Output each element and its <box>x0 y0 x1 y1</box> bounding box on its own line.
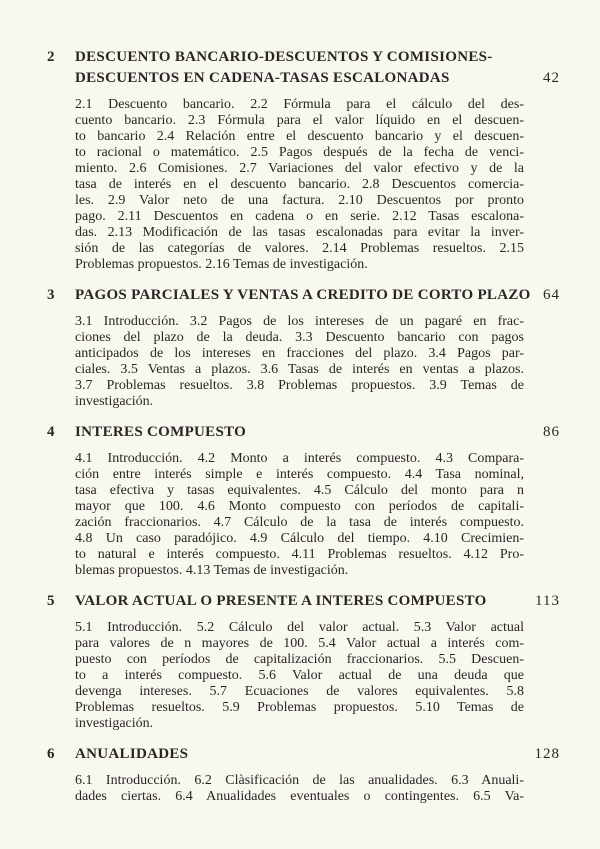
toc-page: 2 DESCUENTO BANCARIO-DESCUENTOS Y COMISI… <box>0 0 600 849</box>
chapter-number: 3 <box>47 285 75 306</box>
toc-section-5: 5 VALOR ACTUAL O PRESENTE A INTERES COMP… <box>47 591 560 732</box>
toc-section-4: 4 INTERES COMPUESTO 86 4.1 Introducción.… <box>47 422 560 579</box>
chapter-heading: 5 VALOR ACTUAL O PRESENTE A INTERES COMP… <box>47 591 560 612</box>
toc-section-3: 3 PAGOS PARCIALES Y VENTAS A CREDITO DE … <box>47 285 560 410</box>
chapter-title: PAGOS PARCIALES Y VENTAS A CREDITO DE CO… <box>75 285 533 306</box>
chapter-topics: 3.1 Introducción. 3.2 Pagos de los inter… <box>75 314 524 410</box>
chapter-topics: 6.1 Introducción. 6.2 Clàsificación de l… <box>75 773 524 805</box>
chapter-title: ANUALIDADES <box>75 744 525 765</box>
chapter-topics: 5.1 Introducción. 5.2 Cálculo del valor … <box>75 620 524 732</box>
chapter-number: 4 <box>47 422 75 443</box>
chapter-heading: 2 DESCUENTO BANCARIO-DESCUENTOS Y COMISI… <box>47 47 560 89</box>
chapter-number: 6 <box>47 744 75 765</box>
chapter-page-number: 86 <box>533 422 560 443</box>
chapter-heading: 6 ANUALIDADES 128 <box>47 744 560 765</box>
chapter-page-number: 42 <box>533 68 560 89</box>
chapter-page-number: 113 <box>525 591 560 612</box>
chapter-number: 2 <box>47 47 75 68</box>
chapter-page-number: 64 <box>533 285 560 306</box>
chapter-page-number: 128 <box>525 744 561 765</box>
chapter-number: 5 <box>47 591 75 612</box>
chapter-heading: 3 PAGOS PARCIALES Y VENTAS A CREDITO DE … <box>47 285 560 306</box>
chapter-topics: 2.1 Descuento bancario. 2.2 Fórmula para… <box>75 97 524 273</box>
toc-section-2: 2 DESCUENTO BANCARIO-DESCUENTOS Y COMISI… <box>47 47 560 273</box>
chapter-title: VALOR ACTUAL O PRESENTE A INTERES COMPUE… <box>75 591 525 612</box>
toc-section-6: 6 ANUALIDADES 128 6.1 Introducción. 6.2 … <box>47 744 560 805</box>
chapter-title: INTERES COMPUESTO <box>75 422 533 443</box>
chapter-heading: 4 INTERES COMPUESTO 86 <box>47 422 560 443</box>
chapter-topics: 4.1 Introducción. 4.2 Monto a interés co… <box>75 451 524 579</box>
chapter-title: DESCUENTO BANCARIO-DESCUENTOS Y COMISION… <box>75 47 533 89</box>
